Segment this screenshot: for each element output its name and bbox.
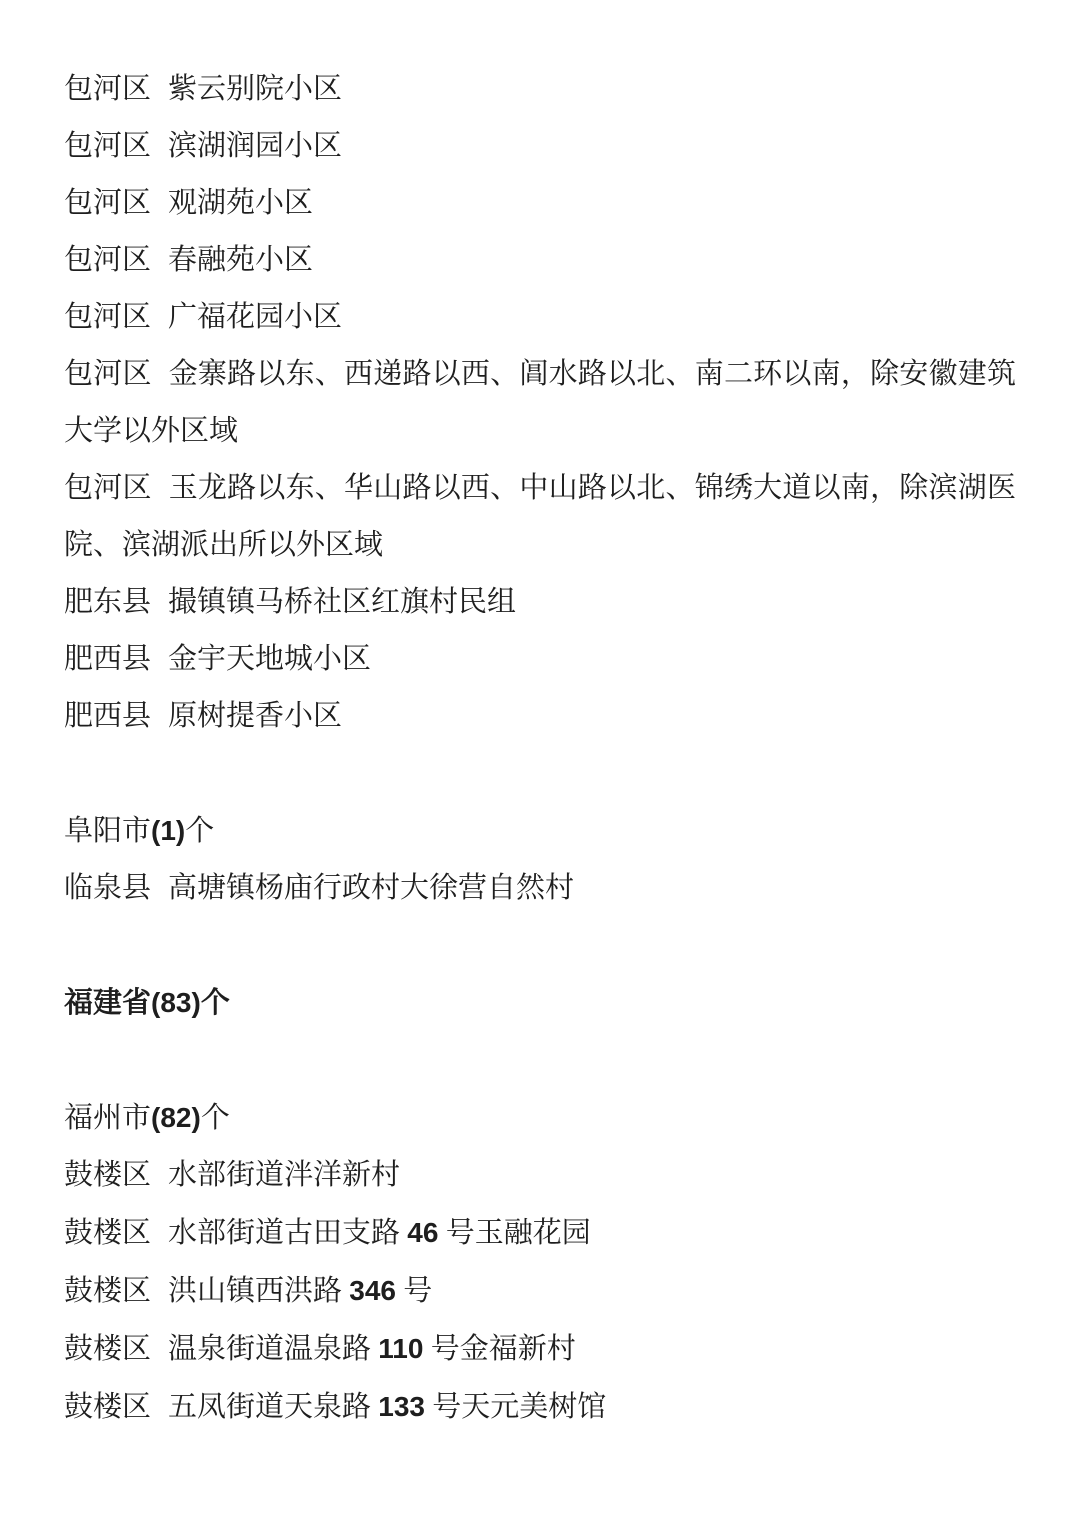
place-name: 原树提香小区 [168,700,342,732]
address-item: 肥西县原树提香小区 [64,688,1016,745]
place-name: 洪山镇西洪路 346 号 [168,1275,432,1307]
blank-line [64,917,1016,974]
address-item: 肥西县金宇天地城小区 [64,631,1016,688]
district-label: 鼓楼区 [64,1217,151,1249]
place-name: 水部街道泮洋新村 [168,1159,400,1191]
place-name: 撮镇镇马桥社区红旗村民组 [168,586,516,618]
place-name: 五凤街道天泉路 133 号天元美树馆 [168,1391,606,1423]
address-item: 肥东县撮镇镇马桥社区红旗村民组 [64,574,1016,631]
address-item: 包河区滨湖润园小区 [64,118,1016,175]
address-item: 包河区金寨路以东、西递路以西、阊水路以北、南二环以南，除安徽建筑大学以外区域 [64,346,1016,460]
district-label: 包河区 [64,301,151,333]
place-name: 玉龙路以东、华山路以西、中山路以北、锦绣大道以南，除滨湖医院、滨湖派出所以外区域 [64,472,1016,561]
address-item: 鼓楼区水部街道古田支路 46 号玉融花园 [64,1204,1016,1262]
address-item: 鼓楼区温泉街道温泉路 110 号金福新村 [64,1320,1016,1378]
address-item: 临泉县高塘镇杨庙行政村大徐营自然村 [64,860,1016,917]
district-label: 鼓楼区 [64,1159,151,1191]
place-name: 水部街道古田支路 46 号玉融花园 [168,1217,591,1249]
heading-count: (1) [151,815,185,846]
city-heading: 福州市(82)个 [64,1089,1016,1147]
place-name: 紫云别院小区 [168,73,342,105]
heading-prefix: 阜阳市 [64,815,151,847]
place-name: 春融苑小区 [168,244,313,276]
address-item: 包河区玉龙路以东、华山路以西、中山路以北、锦绣大道以南，除滨湖医院、滨湖派出所以… [64,460,1016,574]
address-item: 包河区紫云别院小区 [64,61,1016,118]
district-label: 鼓楼区 [64,1275,151,1307]
district-label: 包河区 [64,472,152,504]
address-item: 鼓楼区洪山镇西洪路 346 号 [64,1262,1016,1320]
district-label: 肥东县 [64,586,151,618]
blank-line [64,745,1016,802]
district-label: 包河区 [64,73,151,105]
heading-prefix: 福建省 [64,987,151,1019]
document-page: 包河区紫云别院小区包河区滨湖润园小区包河区观湖苑小区包河区春融苑小区包河区广福花… [0,0,1080,1528]
place-name: 观湖苑小区 [168,187,313,219]
district-label: 肥西县 [64,700,151,732]
heading-count: (83) [151,987,201,1018]
place-name: 金宇天地城小区 [168,643,371,675]
district-label: 包河区 [64,130,151,162]
district-label: 包河区 [64,244,151,276]
address-item: 包河区春融苑小区 [64,232,1016,289]
district-label: 鼓楼区 [64,1391,151,1423]
document-body: 包河区紫云别院小区包河区滨湖润园小区包河区观湖苑小区包河区春融苑小区包河区广福花… [64,61,1016,1436]
address-item: 鼓楼区五凤街道天泉路 133 号天元美树馆 [64,1378,1016,1436]
address-item: 鼓楼区水部街道泮洋新村 [64,1147,1016,1204]
place-name: 金寨路以东、西递路以西、阊水路以北、南二环以南，除安徽建筑大学以外区域 [64,358,1016,447]
address-item: 包河区观湖苑小区 [64,175,1016,232]
district-label: 包河区 [64,187,151,219]
place-name: 温泉街道温泉路 110 号金福新村 [168,1333,576,1365]
district-label: 包河区 [64,358,152,390]
district-label: 临泉县 [64,872,151,904]
heading-suffix: 个 [201,1102,230,1134]
district-label: 肥西县 [64,643,151,675]
province-heading: 福建省(83)个 [64,974,1016,1032]
place-name: 滨湖润园小区 [168,130,342,162]
place-name: 广福花园小区 [168,301,342,333]
district-label: 鼓楼区 [64,1333,151,1365]
heading-suffix: 个 [185,815,214,847]
place-name: 高塘镇杨庙行政村大徐营自然村 [168,872,574,904]
heading-count: (82) [151,1102,201,1133]
heading-suffix: 个 [201,987,230,1019]
heading-prefix: 福州市 [64,1102,151,1134]
blank-line [64,1032,1016,1089]
address-item: 包河区广福花园小区 [64,289,1016,346]
city-heading: 阜阳市(1)个 [64,802,1016,860]
